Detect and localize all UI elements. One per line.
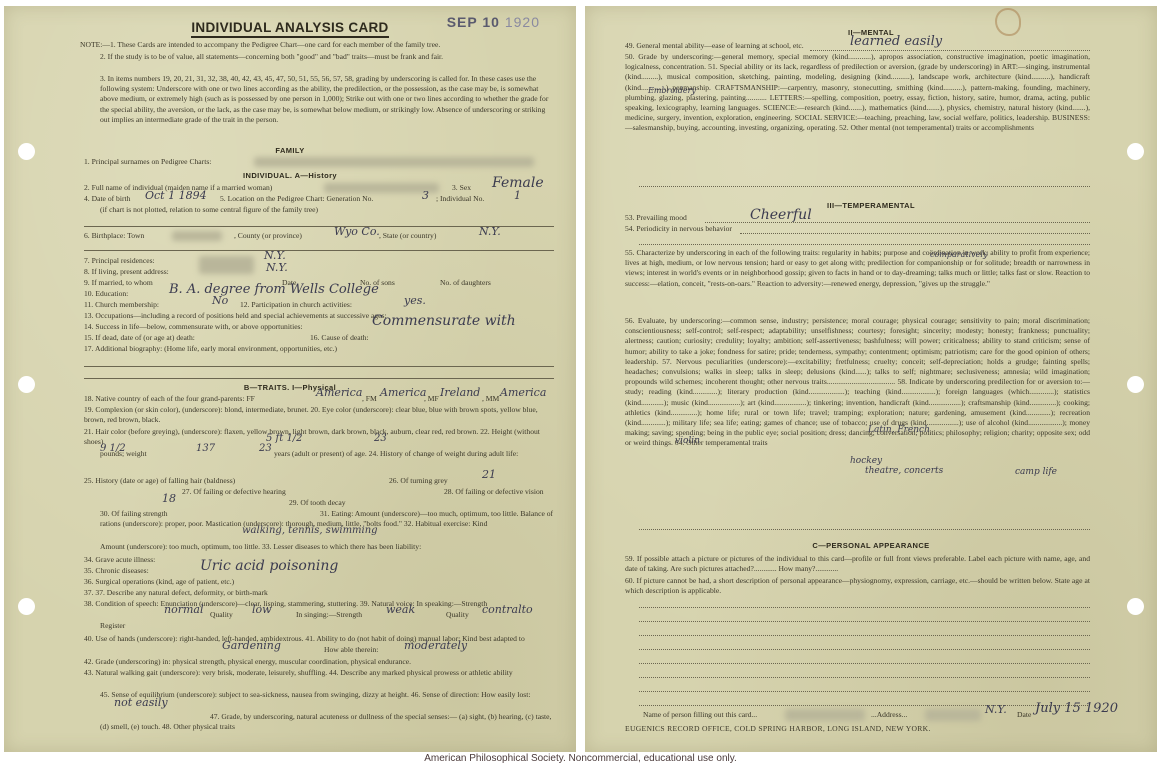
copyright-footer: American Philosophical Society. Noncomme… [0,753,1161,764]
section-individual-history: INDIVIDUAL. A—History [4,171,576,180]
singing-strength-value: weak [386,603,415,616]
item-59: 59. If possible attach a picture or pict… [625,554,1090,574]
item-3-label: 3. Sex [452,183,471,193]
singing-quality-label: Quality [446,610,469,620]
exercise-value: walking, tennis, swimming [242,525,378,536]
received-date-stamp: SEP 10 1920 [447,14,540,30]
mood-value: Cheerful [750,207,812,223]
item-5-individual-label: ; Individual No. [436,194,484,204]
handicraft-value: Embroidery [648,86,696,95]
grey-value: 21 [482,468,496,481]
filler-state-value: N.Y. [985,703,1007,716]
item-16-label: 16. Cause of death: [310,333,369,343]
mental-ability-value: learned easily [850,34,942,49]
item-21-22: 21. Hair color (before greying), (unders… [84,427,554,447]
item-42: 42. Grade (underscoring) in: physical st… [84,657,554,667]
item-40-41: 40. Use of hands (underscore): right-han… [84,634,554,644]
card-back-page: II—MENTAL 49. General mental ability—eas… [585,6,1157,752]
redacted-filler-name [785,709,865,721]
speech-strength-value: normal [164,603,203,616]
item-6-state-label: , State (or country) [379,231,436,241]
item-8-label: 8. If living, present address: [84,267,169,277]
note-3: 3. In items numbers 19, 20, 21, 31, 32, … [100,74,554,125]
redacted-surnames [254,157,534,167]
item-55: 55. Characterize by underscoring in each… [625,248,1090,289]
speech-quality-value: low [252,603,272,616]
item-54-label: 54. Periodicity in nervous behavior [625,224,732,234]
county-value: Wyo Co. [334,225,380,238]
item-53-label: 53. Prevailing mood [625,213,687,223]
athletics-value: hockey [850,456,882,466]
section-traits-physical: B—TRAITS. I—Physical [4,383,576,392]
item-9-daughters-label: No. of daughters [440,278,491,288]
register-label: Register [100,621,125,631]
item-37-label: 37. 37. Describe any natural defect, def… [84,588,268,598]
item-12-label: 12. Participation in church activities: [240,300,352,310]
section-family: FAMILY [4,146,576,155]
speech-quality-label: Quality [210,610,233,620]
item-47-48: 47. Grade, by underscoring, natural acut… [100,712,554,732]
church-membership-value: No [212,294,228,307]
item-35-label: 35. Chronic diseases: [84,566,149,576]
redacted-filler-address [925,709,981,721]
date-label: Date [1017,710,1031,720]
item-19-20: 19. Complexion (or skin color), (undersc… [84,405,554,425]
vision-value: 18 [162,492,176,505]
item-32-33: Amount (underscore): too much, optimum, … [100,542,554,552]
item-28-label: 28. Of failing or defective vision [444,487,544,497]
mf-value: Ireland [440,386,480,399]
generation-value: 3 [422,189,429,202]
education-value: B. A. degree from Wells College [169,282,379,297]
item-56-58: 56. Evaluate, by underscoring:—common se… [625,316,1090,449]
item-36-label: 36. Surgical operations (kind, age of pa… [84,577,234,587]
individual-no-value: 1 [514,189,521,202]
success-value: Commensurate with [372,313,516,329]
binder-hole [1127,376,1144,393]
item-5-label: 5. Location on the Pedigree Chart: Gener… [220,194,373,204]
redacted-town [172,231,222,241]
item-13-label: 13. Occupations—including a record of po… [84,311,387,321]
item-25-label: 25. History (date or age) of falling hai… [84,476,235,486]
address-value: N.Y. [266,261,288,274]
item-18-mf-label: , MF [424,394,439,404]
ff-value: America [316,386,362,399]
section-personal-appearance: C—PERSONAL APPEARANCE [585,541,1157,550]
binder-hole [1127,598,1144,615]
item-60: 60. If picture cannot be had, a short de… [625,576,1090,596]
music-value: violin [675,436,700,446]
chronic-disease-value: Uric acid poisoning [200,558,338,574]
singing-strength-label: In singing:—Strength [296,610,362,620]
item-15-label: 15. If dead, date of (or age at) death: [84,333,195,343]
date-value: July 15 1920 [1035,701,1118,716]
item-29-label: 29. Of tooth decay [289,498,346,508]
item-26-label: 26. Of turning grey [389,476,448,486]
item-43-44: 43. Natural walking gait (underscore): v… [84,668,554,678]
item-4-label: 4. Date of birth [84,194,130,204]
redacted-residence [199,256,254,274]
labor-ability-value: moderately [404,639,467,652]
item-14-label: 14. Success in life—below, commensurate … [84,322,303,332]
item-24-label: years (adult or present) of age. 24. His… [274,449,518,459]
item-10-label: 10. Education: [84,289,128,299]
item-34-label: 34. Grave acute illness: [84,555,155,565]
item-7-label: 7. Principal residences: [84,256,155,266]
item-27-label: 27. Of failing or defective hearing [182,487,286,497]
weight-age-value: 23 [259,443,272,454]
item-17-label: 17. Additional biography: (Home life, ea… [84,344,337,354]
item-45-46: 45. Sense of equilibrium (underscore): s… [100,690,554,700]
filler-address-label: ...Address... [871,710,907,720]
filler-name-label: Name of person filling out this card... [643,710,757,720]
labor-kind-value: Gardening [222,639,281,652]
item-18-label: 18. Native country of each of the four g… [84,394,255,404]
direction-value: not easily [114,696,168,709]
item-18-fm-label: , FM [362,394,377,404]
section-temperamental: III—TEMPERAMENTAL [585,201,1157,210]
item-9-label: 9. If married, to whom [84,278,153,288]
office-address: EUGENICS RECORD OFFICE, COLD SPRING HARB… [625,724,931,734]
card-front-page: INDIVIDUAL ANALYSIS CARD SEP 10 1920 NOT… [4,6,576,752]
item-5-note: (if chart is not plotted, relation to so… [100,205,318,215]
height-age-value: 23 [374,433,387,444]
mm-value: America [500,386,546,399]
item-49-label: 49. General mental ability—ease of learn… [625,41,804,51]
get-along-value: comparatively [930,250,987,259]
note-2: 2. If the study is to be of value, all s… [100,52,554,62]
binder-hole [18,598,35,615]
amusement-value: theatre, concerts [865,466,943,476]
birth-weight-value: 9 1/2 [100,443,126,454]
dob-value: Oct 1 1894 [145,189,207,202]
recreation-value: camp life [1015,467,1057,477]
item-11-label: 11. Church membership: [84,300,159,310]
item-1-label: 1. Principal surnames on Pedigree Charts… [84,157,211,167]
binder-hole [1127,143,1144,160]
item-18-mm-label: , MM [482,394,499,404]
weight-value: 137 [196,443,215,454]
note-1: NOTE:—1. These Cards are intended to acc… [80,40,554,50]
singing-quality-value: contralto [482,603,533,616]
church-participation-value: yes. [404,294,426,307]
item-6-label: 6. Birthplace: Town [84,231,144,241]
languages-value: Latin, French [868,425,930,435]
state-value: N.Y. [479,225,501,238]
labor-ability-label: How able therein: [324,645,378,655]
item-6-county-label: , County (or province) [234,231,302,241]
fm-value: America [380,386,426,399]
